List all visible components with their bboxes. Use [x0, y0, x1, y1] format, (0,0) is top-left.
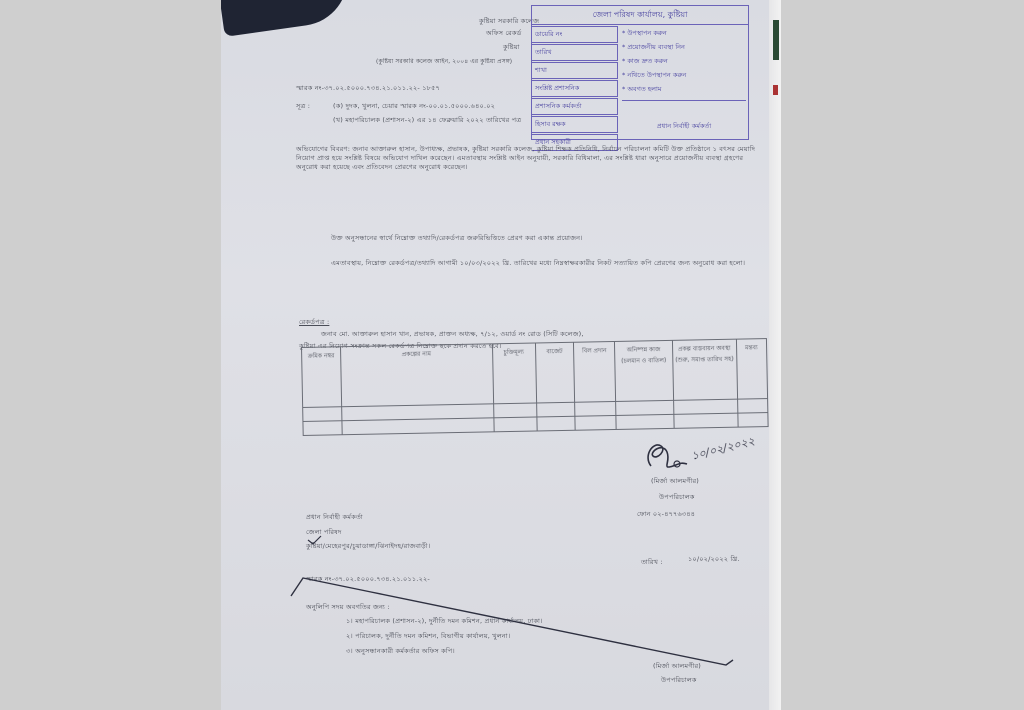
- body-line: উক্ত অনুসন্ধানের স্বার্থে নিম্নোক্ত তথ্য…: [331, 234, 583, 243]
- copy-signer-title: উপপরিচালক: [661, 676, 697, 685]
- stamp-instruction: * নথিতে উপস্থাপন করুন: [622, 68, 746, 82]
- date-value: ১০/০২/২০২২ খ্রি.: [688, 555, 740, 564]
- stamp-field: সংশ্লিষ্ট প্রশাসনিক: [532, 80, 618, 97]
- edge-strip: [773, 20, 779, 60]
- copy-item: ১। মহাপরিচালক (প্রশাসন-২), দুর্নীতি দমন …: [346, 617, 543, 626]
- body-paragraph: এমতাবস্থায়, নিম্নোক্ত রেকর্ডপত্র/তথ্যাদ…: [296, 259, 766, 268]
- records-table: ক্রমিক নম্বর প্রকল্পের নাম চুক্তিমূল্য ব…: [301, 338, 769, 436]
- header-line: অফিস রেকর্ড: [486, 29, 522, 38]
- table-header: চুক্তিমূল্য: [492, 343, 536, 404]
- table-header: ক্রমিক নম্বর: [302, 347, 342, 408]
- received-stamp: জেলা পরিষদ কার্যালয়, কুষ্টিয়া ডায়েরি …: [531, 5, 749, 140]
- table-header: প্রকল্পের নাম: [340, 344, 493, 407]
- edge-mark: [773, 85, 778, 95]
- table-header: বিল প্রদান: [574, 341, 616, 402]
- reference-item: (ক) দুদক, খুলনা, চেয়ার স্মারক নং-০০.০১.…: [333, 102, 495, 111]
- records-line: জনাব মো. আক্তারুল হাসান খান, প্রভাষক, প্…: [321, 330, 584, 339]
- recipient-line: প্রধান নির্বাহী কর্মকর্তা: [306, 513, 363, 522]
- page-edge: [769, 0, 781, 710]
- stamp-instruction: * অবগত হলাম: [622, 82, 746, 96]
- memo-number: স্মারক নং-৩৭.০২.৫০০০.৭৩৪.২১.০১১.২২- ১৮৫৭: [296, 84, 440, 93]
- recipient-line: কুষ্টিয়া/মেহেরপুর/চুয়াডাঙ্গা/ঝিনাইদহ/র…: [306, 542, 430, 551]
- stamp-footer: প্রধান নির্বাহী কর্মকর্তা: [622, 100, 746, 136]
- table-header: মন্তব্য: [736, 339, 768, 400]
- copy-item: ৩। অনুসন্ধানকারী কর্মকর্তার অফিস কপি।: [346, 647, 455, 656]
- recipient-line: জেলা পরিষদ: [306, 528, 342, 537]
- signer-name: (মির্জা আলমগীর): [651, 477, 699, 486]
- reference-label: সূত্র :: [296, 102, 310, 111]
- stamp-instruction: * কাজ দ্রুত করুন: [622, 54, 746, 68]
- stamp-field: ডায়েরি নং: [532, 26, 618, 43]
- stamp-office: জেলা পরিষদ কার্যালয়, কুষ্টিয়া: [532, 6, 748, 25]
- records-heading: রেকর্ডপত্র :: [299, 318, 329, 327]
- document-photo: কুষ্টিয়া সরকারি কলেজ অফিস রেকর্ড কুষ্টি…: [221, 0, 781, 710]
- copy-item: ২। পরিচালক, দুর্নীতি দমন কমিশন, বিভাগীয়…: [346, 632, 510, 641]
- signer-title: উপপরিচালক: [659, 493, 695, 502]
- stamp-field: তারিখ: [532, 44, 618, 61]
- body-paragraph: অভিযোগের বিবরণ: জনাব আক্তারুল হাসান, উপা…: [296, 145, 766, 172]
- stamp-instruction: * উপস্থাপন করুন: [622, 26, 746, 40]
- header-line: কুষ্টিয়া: [503, 43, 520, 52]
- finger-shadow: [221, 0, 354, 37]
- stamp-field: প্রশাসনিক কর্মকর্তা: [532, 98, 618, 115]
- table-header: অনিষ্পন্ন কাজ (চলমান ও বাতিল): [615, 340, 674, 401]
- stamp-field: শাখা: [532, 62, 618, 79]
- copy-heading: অনুলিপি সদয় অবগতির জন্য :: [306, 603, 390, 612]
- reference-item: (খ) মহাপরিচালক (প্রশাসন-২) এর ১৪ ফেব্রুয…: [333, 116, 521, 125]
- signer-phone: ফোন ০২-৪৭৭৬৩৪৪: [637, 510, 695, 519]
- stamp-field: হিসাব রক্ষক: [532, 116, 618, 133]
- copy-signer-name: (মির্জা আলমগীর): [653, 662, 701, 671]
- date-label: তারিখ :: [641, 558, 663, 567]
- stamp-instruction: * প্রয়োজনীয় ব্যবস্থা নিন: [622, 40, 746, 54]
- header-line: (কুষ্টিয়া সরকারি কলেজ আইন, ২০০৪ এর কুষ্…: [376, 58, 512, 67]
- memo-number-2: স্মারক নং-৩৭.০২.৫০০০.৭৩৪.২১.০১১.২২-: [306, 575, 430, 584]
- table-header: প্রকল্প বাস্তবায়ন অবস্থা (শুরু, সমাপ্ত …: [672, 339, 737, 400]
- table-header: বাজেট: [535, 342, 575, 403]
